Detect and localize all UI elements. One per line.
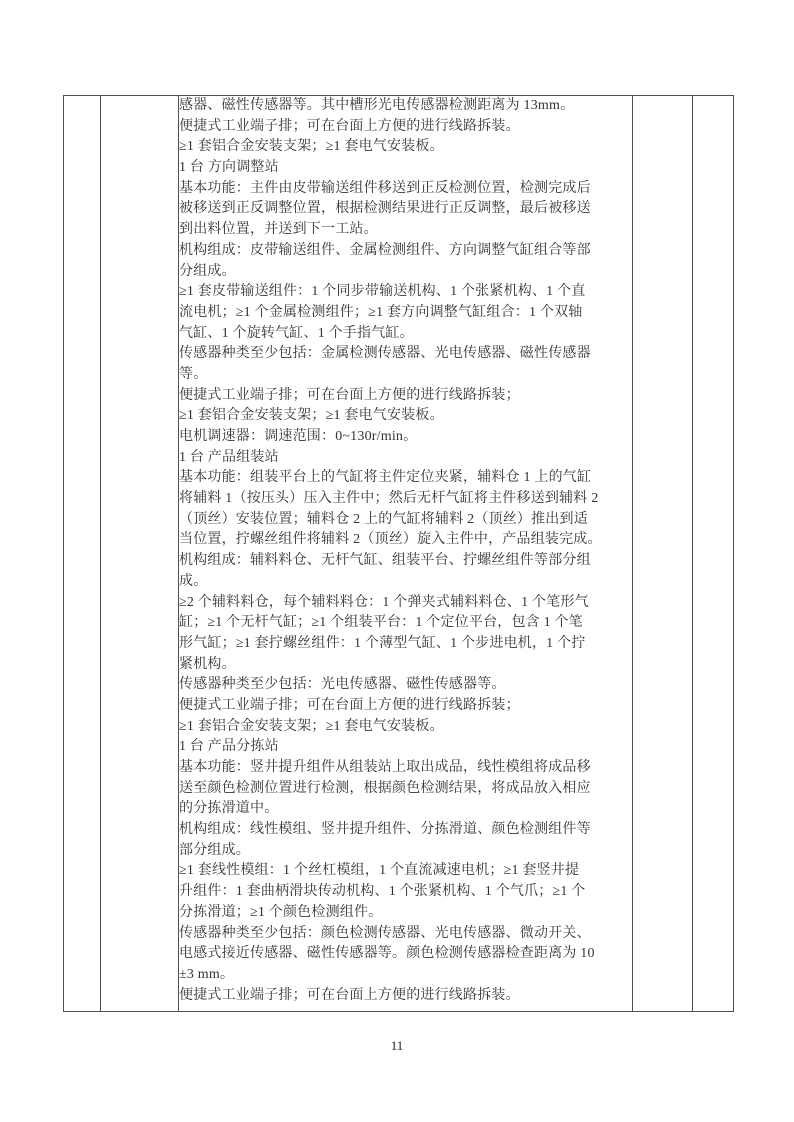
table-row: 感器、磁性传感器等。其中槽形光电传感器检测距离为 13mm。便捷式工业端子排；可… xyxy=(64,96,734,1012)
spec-line: 传感器种类至少包括：金属检测传感器、光电传感器、磁性传感器 xyxy=(179,344,632,365)
spec-line: 便捷式工业端子排；可在台面上方便的进行线路拆装； xyxy=(179,386,632,407)
spec-line: 的分拣滑道中。 xyxy=(179,799,632,820)
spec-line: 缸；≥1 个无杆气缸；≥1 个组装平台：1 个定位平台，包含 1 个笔 xyxy=(179,613,632,634)
page-number: 11 xyxy=(0,1038,794,1054)
spec-line: 电机调速器：调速范围：0~130r/min。 xyxy=(179,427,632,448)
spec-line: 流电机；≥1 个金属检测组件；≥1 套方向调整气缸组合：1 个双轴 xyxy=(179,303,632,324)
spec-line: ≥1 套铝合金安装支架；≥1 套电气安装板。 xyxy=(179,137,632,158)
spec-line: 便捷式工业端子排；可在台面上方便的进行线路拆装； xyxy=(179,696,632,717)
cell-qty-column xyxy=(633,96,693,1012)
spec-line: 到出料位置，并送到下一工站。 xyxy=(179,220,632,241)
spec-line: 部分组成。 xyxy=(179,841,632,862)
spec-line: 紧机构。 xyxy=(179,655,632,676)
spec-table: 感器、磁性传感器等。其中槽形光电传感器检测距离为 13mm。便捷式工业端子排；可… xyxy=(63,95,734,1012)
spec-line: 机构组成：皮带输送组件、金属检测组件、方向调整气缸组合等部 xyxy=(179,241,632,262)
spec-line: 1 台 方向调整站 xyxy=(179,158,632,179)
spec-line: 等。 xyxy=(179,365,632,386)
spec-line: ≥1 套铝合金安装支架；≥1 套电气安装板。 xyxy=(179,717,632,738)
spec-line: ±3 mm。 xyxy=(179,965,632,986)
spec-line: 升组件：1 套曲柄滑块传动机构、1 个张紧机构、1 个气爪；≥1 个 xyxy=(179,882,632,903)
spec-line: 气缸、1 个旋转气缸、1 个手指气缸。 xyxy=(179,324,632,345)
spec-line: 分组成。 xyxy=(179,262,632,283)
spec-content-cell: 感器、磁性传感器等。其中槽形光电传感器检测距离为 13mm。便捷式工业端子排；可… xyxy=(179,96,633,1012)
spec-line: 便捷式工业端子排；可在台面上方便的进行线路拆装。 xyxy=(179,986,632,1007)
spec-line: 机构组成：线性模组、竖井提升组件、分拣滑道、颜色检测组件等 xyxy=(179,820,632,841)
spec-line: 将辅料 1（按压头）压入主件中；然后无杆气缸将主件移送到辅料 2 xyxy=(179,489,632,510)
spec-line: 基本功能：主件由皮带输送组件移送到正反检测位置，检测完成后 xyxy=(179,179,632,200)
spec-line: 电感式接近传感器、磁性传感器等。颜色检测传感器检查距离为 10 xyxy=(179,944,632,965)
spec-line: 传感器种类至少包括：颜色检测传感器、光电传感器、微动开关、 xyxy=(179,924,632,945)
spec-line: （顶丝）安装位置；辅料仓 2 上的气缸将辅料 2（顶丝）推出到适 xyxy=(179,510,632,531)
spec-line: ≥1 套线性模组：1 个丝杠模组，1 个直流减速电机；≥1 套竖井提 xyxy=(179,861,632,882)
spec-line: 成。 xyxy=(179,572,632,593)
cell-unit-column xyxy=(693,96,734,1012)
spec-line: 形气缸；≥1 套拧螺丝组件：1 个薄型气缸、1 个步进电机，1 个拧 xyxy=(179,634,632,655)
spec-line: 被移送到正反调整位置，根据检测结果进行正反调整，最后被移送 xyxy=(179,199,632,220)
spec-line: 送至颜色检测位置进行检测，根据颜色检测结果，将成品放入相应 xyxy=(179,779,632,800)
spec-line: 当位置，拧螺丝组件将辅料 2（顶丝）旋入主件中，产品组装完成。 xyxy=(179,530,632,551)
spec-line: 基本功能：组装平台上的气缸将主件定位夹紧，辅料仓 1 上的气缸 xyxy=(179,468,632,489)
spec-line: ≥2 个辅料料仓，每个辅料料仓：1 个弹夹式辅料料仓、1 个笔形气 xyxy=(179,593,632,614)
spec-line: 1 台 产品组装站 xyxy=(179,448,632,469)
spec-line: ≥1 套铝合金安装支架；≥1 套电气安装板。 xyxy=(179,406,632,427)
cell-item-column xyxy=(101,96,179,1012)
spec-line: 感器、磁性传感器等。其中槽形光电传感器检测距离为 13mm。 xyxy=(179,96,632,117)
spec-line: 1 台 产品分拣站 xyxy=(179,737,632,758)
document-page: 感器、磁性传感器等。其中槽形光电传感器检测距离为 13mm。便捷式工业端子排；可… xyxy=(0,0,794,1122)
spec-line: 便捷式工业端子排；可在台面上方便的进行线路拆装。 xyxy=(179,117,632,138)
spec-line: 分拣滑道；≥1 个颜色检测组件。 xyxy=(179,903,632,924)
spec-lines: 感器、磁性传感器等。其中槽形光电传感器检测距离为 13mm。便捷式工业端子排；可… xyxy=(179,96,632,1006)
spec-line: 基本功能：竖井提升组件从组装站上取出成品，线性模组将成品移 xyxy=(179,758,632,779)
spec-line: 传感器种类至少包括：光电传感器、磁性传感器等。 xyxy=(179,675,632,696)
cell-index-column xyxy=(64,96,101,1012)
spec-line: ≥1 套皮带输送组件：1 个同步带输送机构、1 个张紧机构、1 个直 xyxy=(179,282,632,303)
spec-line: 机构组成：辅料料仓、无杆气缸、组装平台、拧螺丝组件等部分组 xyxy=(179,551,632,572)
